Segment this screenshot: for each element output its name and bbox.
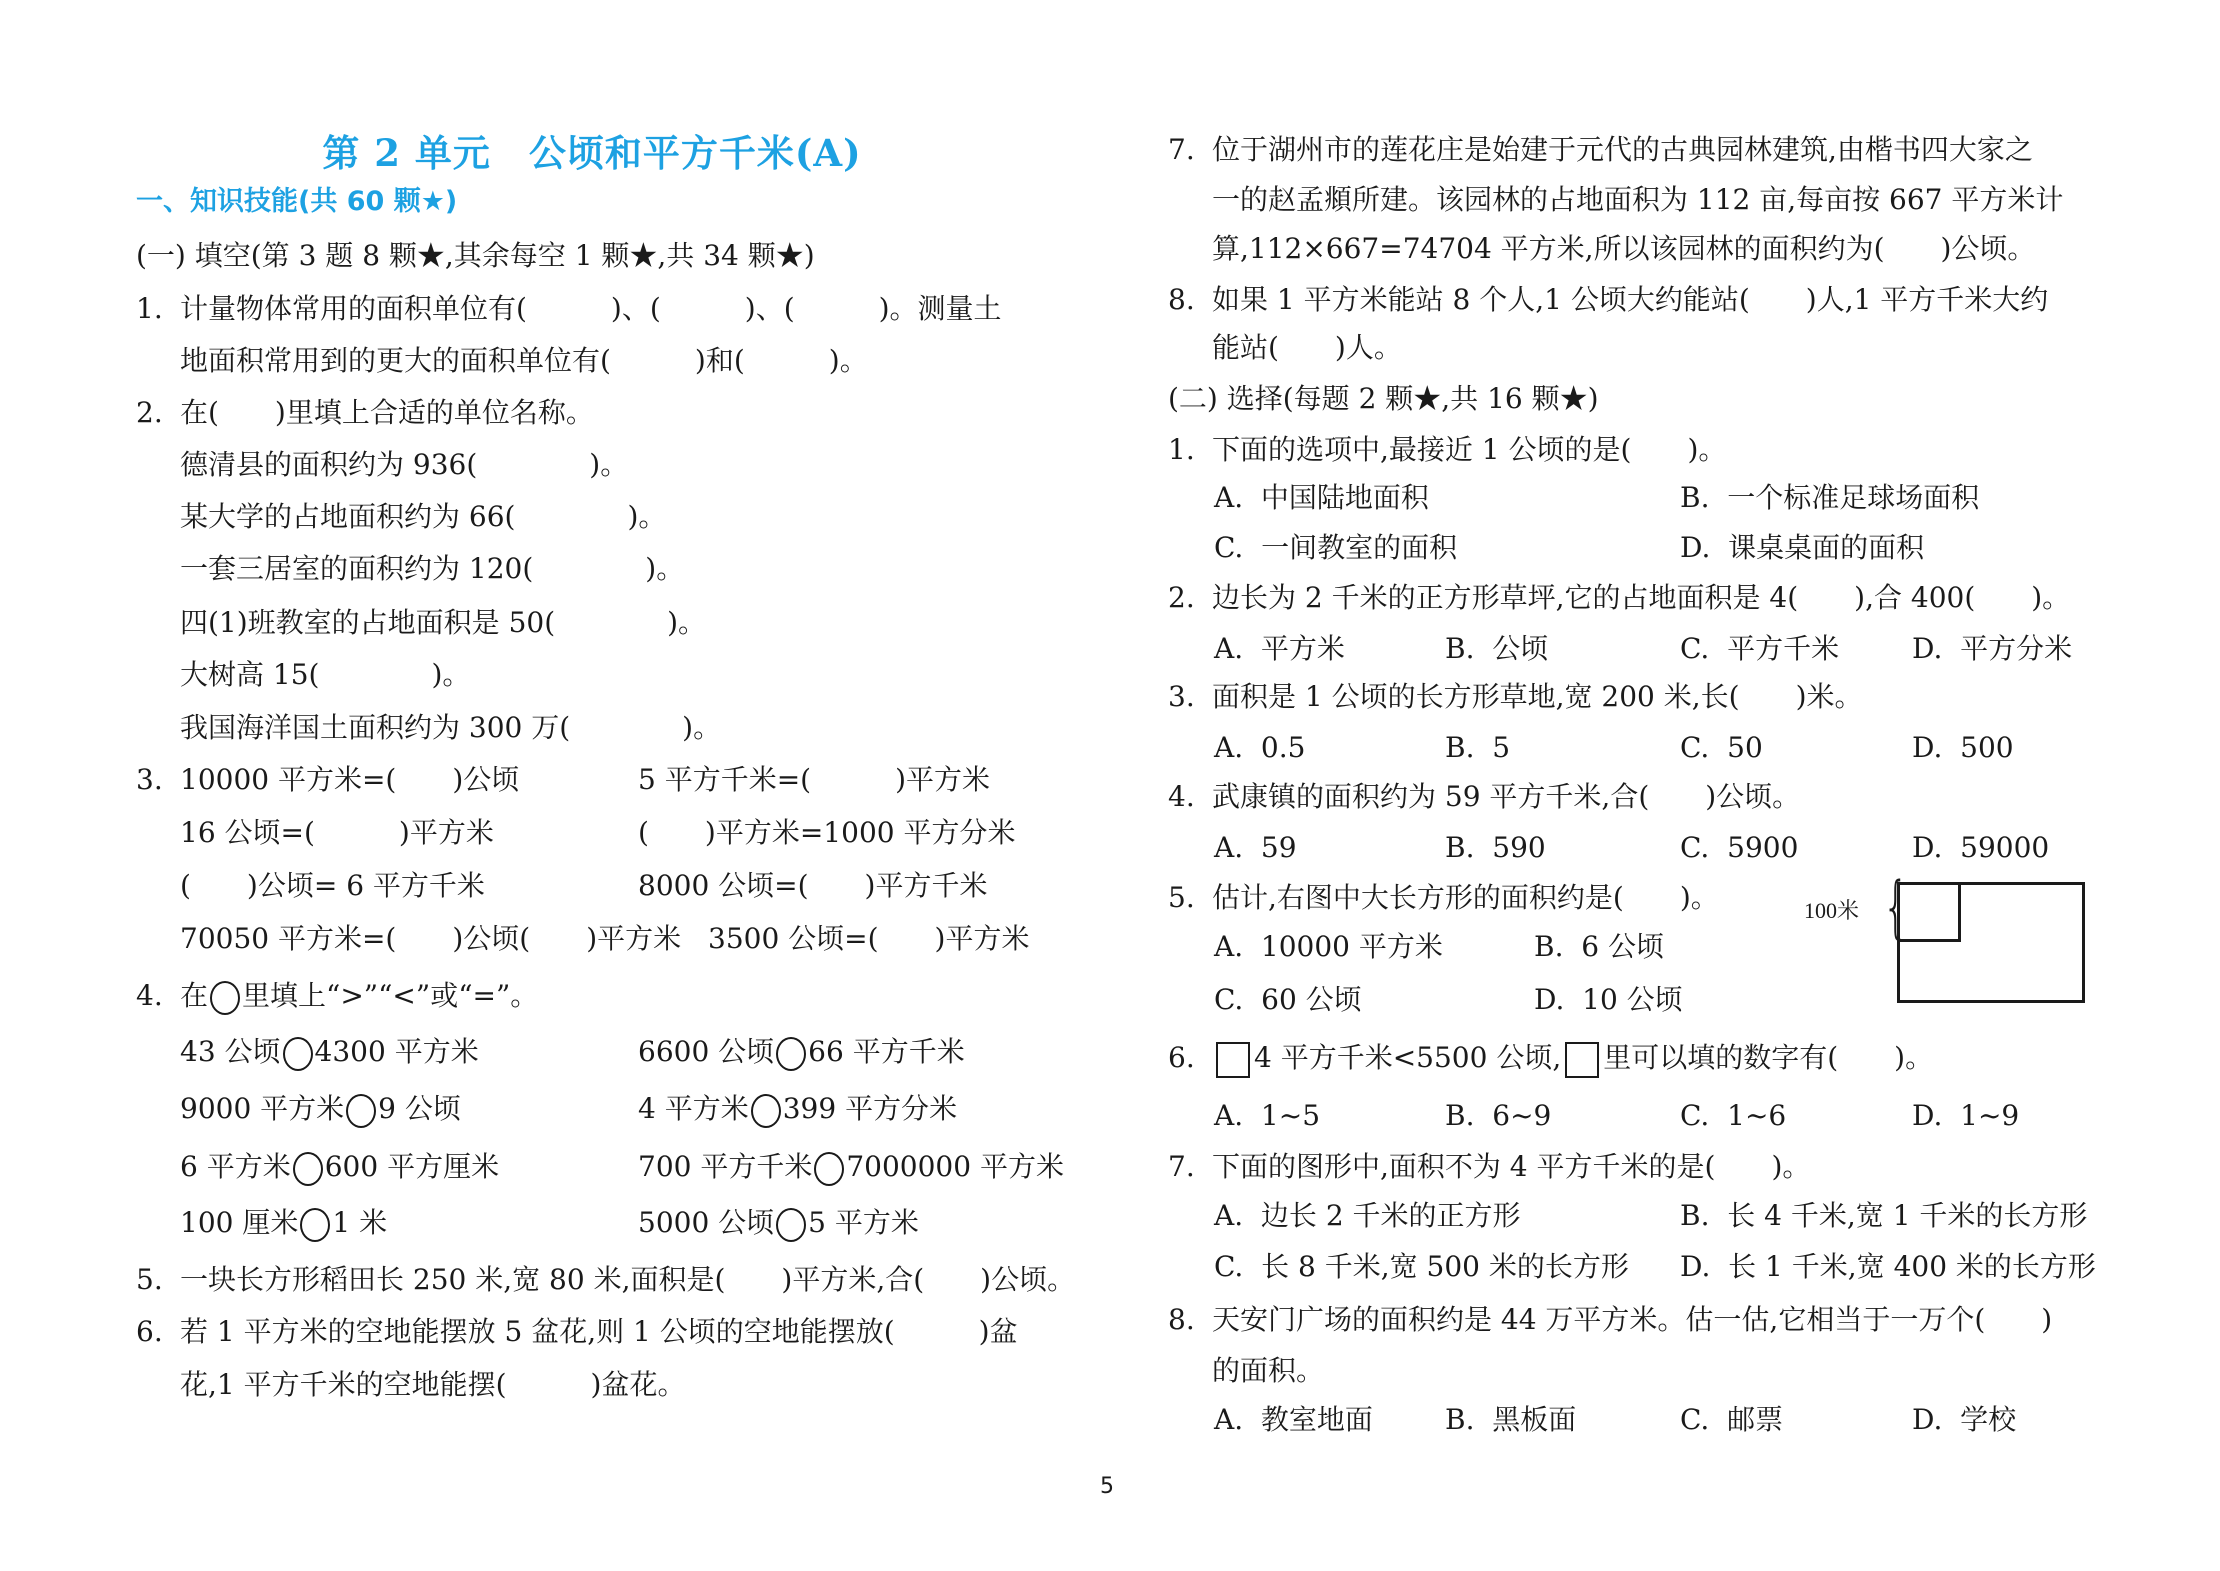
choice-question-8: 8.天安门广场的面积约是 44 万平方米。估一估,它相当于一万个( ) — [1168, 1302, 2052, 1338]
compare-right: 4300 平方米 — [315, 1035, 479, 1068]
question-number: 2. — [136, 395, 180, 431]
circle-blank-icon[interactable] — [283, 1037, 313, 1071]
question-1-cont: 地面积常用到的更大的面积单位有( )和( )。 — [180, 343, 868, 379]
question-8: 8.如果 1 平方米能站 8 个人,1 公顷大约能站( )人,1 平方千米大约 — [1168, 282, 2048, 318]
choice-question-7: 7.下面的图形中,面积不为 4 平方千米的是( )。 — [1168, 1149, 1810, 1185]
small-square — [1897, 882, 1961, 942]
question-number: 6. — [1168, 1040, 1212, 1076]
compare-right: 66 平方千米 — [808, 1035, 965, 1068]
question-number: 6. — [136, 1314, 180, 1350]
compare-right: 399 平方分米 — [783, 1092, 957, 1125]
option-b[interactable]: B. 6~9 — [1445, 1098, 1551, 1134]
compare-right: 9 公顷 — [378, 1092, 461, 1125]
fill-header: (一) 填空(第 3 题 8 颗★,其余每空 1 颗★,共 34 颗★) — [136, 238, 815, 274]
option-a[interactable]: A. 0.5 — [1214, 730, 1305, 766]
compare-left: 4 平方米 — [638, 1092, 749, 1125]
q3-cell: 16 公顷=( )平方米 — [180, 815, 494, 851]
question-number: 8. — [1168, 1302, 1212, 1338]
question-text: 里可以填的数字有( )。 — [1603, 1041, 1933, 1074]
option-a[interactable]: A. 10000 平方米 — [1214, 929, 1443, 965]
compare-right: 1 米 — [332, 1206, 387, 1239]
circle-blank-icon[interactable] — [293, 1152, 323, 1186]
question-text: 武康镇的面积约为 59 平方千米,合( )公顷。 — [1212, 780, 1800, 813]
option-b[interactable]: B. 590 — [1445, 830, 1546, 866]
option-a[interactable]: A. 1~5 — [1214, 1098, 1320, 1134]
question-text: 在( )里填上合适的单位名称。 — [180, 396, 594, 429]
compare-left: 43 公顷 — [180, 1035, 281, 1068]
option-c[interactable]: C. 长 8 千米,宽 500 米的长方形 — [1214, 1249, 1629, 1285]
compare-left: 6600 公顷 — [638, 1035, 774, 1068]
question-4: 4.在里填上“>”“<”或“=”。 — [136, 978, 538, 1015]
compare-right: 600 平方厘米 — [325, 1150, 499, 1183]
compare-item: 4 平方米399 平方分米 — [638, 1091, 957, 1128]
question-number: 1. — [1168, 432, 1212, 468]
option-b[interactable]: B. 黑板面 — [1445, 1402, 1576, 1438]
circle-blank-icon[interactable] — [814, 1152, 844, 1186]
option-c[interactable]: C. 60 公顷 — [1214, 982, 1362, 1018]
option-b[interactable]: B. 一个标准足球场面积 — [1680, 480, 1979, 516]
option-d[interactable]: D. 500 — [1912, 730, 2014, 766]
choice-question-6: 6.4 平方千米<5500 公顷,里可以填的数字有( )。 — [1168, 1040, 1933, 1078]
circle-blank-icon[interactable] — [751, 1094, 781, 1128]
option-b[interactable]: B. 长 4 千米,宽 1 千米的长方形 — [1680, 1198, 2087, 1234]
option-b[interactable]: B. 公顷 — [1445, 631, 1548, 667]
option-d[interactable]: D. 平方分米 — [1912, 631, 2072, 667]
option-d[interactable]: D. 10 公顷 — [1534, 982, 1683, 1018]
compare-left: 5000 公顷 — [638, 1206, 774, 1239]
q3-cell: 8000 公顷=( )平方千米 — [638, 868, 987, 904]
square-blank-icon[interactable] — [1216, 1042, 1250, 1078]
option-c[interactable]: C. 平方千米 — [1680, 631, 1839, 667]
compare-item: 9000 平方米9 公顷 — [180, 1091, 461, 1128]
option-a[interactable]: A. 59 — [1214, 830, 1297, 866]
compare-item: 6 平方米600 平方厘米 — [180, 1149, 499, 1186]
question-number: 7. — [1168, 1149, 1212, 1185]
q3-cell: ( )平方米=1000 平方分米 — [638, 815, 1015, 851]
q2-item: 四(1)班教室的占地面积是 50( )。 — [180, 605, 706, 641]
circle-blank-icon — [210, 981, 240, 1015]
compare-left: 9000 平方米 — [180, 1092, 344, 1125]
q2-item: 一套三居室的面积约为 120( )。 — [180, 551, 684, 587]
option-d[interactable]: D. 长 1 千米,宽 400 米的长方形 — [1680, 1249, 2096, 1285]
question-number: 3. — [1168, 679, 1212, 715]
question-text: 在 — [180, 979, 208, 1012]
choice-question-4: 4.武康镇的面积约为 59 平方千米,合( )公顷。 — [1168, 779, 1800, 815]
option-a[interactable]: A. 中国陆地面积 — [1214, 480, 1429, 516]
question-text: 位于湖州市的莲花庄是始建于元代的古典园林建筑,由楷书四大家之 — [1212, 133, 2033, 166]
compare-right: 7000000 平方米 — [846, 1150, 1064, 1183]
option-d[interactable]: D. 课桌桌面的面积 — [1680, 530, 1924, 566]
question-text: 计量物体常用的面积单位有( )、( )、( )。测量土 — [180, 292, 1002, 325]
compare-item: 700 平方千米7000000 平方米 — [638, 1149, 1064, 1186]
question-number: 2. — [1168, 580, 1212, 616]
q3-cell: 70050 平方米=( )公顷( )平方米 — [180, 921, 681, 957]
compare-left: 6 平方米 — [180, 1150, 291, 1183]
circle-blank-icon[interactable] — [776, 1037, 806, 1071]
q3-cell: 5 平方千米=( )平方米 — [638, 762, 990, 798]
question-number: 3. — [136, 762, 180, 798]
q2-item: 某大学的占地面积约为 66( )。 — [180, 499, 666, 535]
choice-question-1: 1.下面的选项中,最接近 1 公顷的是( )。 — [1168, 432, 1726, 468]
q2-item: 大树高 15( )。 — [180, 657, 470, 693]
option-c[interactable]: C. 一间教室的面积 — [1214, 530, 1457, 566]
page-title: 第 2 单元 公顷和平方千米(A) — [0, 129, 1184, 177]
option-a[interactable]: A. 边长 2 千米的正方形 — [1214, 1198, 1521, 1234]
option-c[interactable]: C. 5900 — [1680, 830, 1798, 866]
question-text: 天安门广场的面积约是 44 万平方米。估一估,它相当于一万个( ) — [1212, 1303, 2052, 1336]
compare-item: 43 公顷4300 平方米 — [180, 1034, 479, 1071]
question-8-cont: 的面积。 — [1212, 1353, 1324, 1389]
question-text: 一块长方形稻田长 250 米,宽 80 米,面积是( )平方米,合( )公顷。 — [180, 1263, 1075, 1296]
option-d[interactable]: D. 学校 — [1912, 1402, 2016, 1438]
question-6: 6.若 1 平方米的空地能摆放 5 盆花,则 1 公顷的空地能摆放( )盆 — [136, 1314, 1018, 1350]
option-b[interactable]: B. 5 — [1445, 730, 1510, 766]
choice-header: (二) 选择(每题 2 颗★,共 16 颗★) — [1168, 381, 1599, 417]
compare-left: 100 厘米 — [180, 1206, 298, 1239]
figure-label: 100米 — [1804, 894, 1859, 925]
circle-blank-icon[interactable] — [346, 1094, 376, 1128]
question-2: 2.在( )里填上合适的单位名称。 — [136, 395, 594, 431]
compare-left: 700 平方千米 — [638, 1150, 812, 1183]
choice-question-3: 3.面积是 1 公顷的长方形草地,宽 200 米,长( )米。 — [1168, 679, 1863, 715]
question-5: 5.一块长方形稻田长 250 米,宽 80 米,面积是( )平方米,合( )公顷… — [136, 1262, 1075, 1298]
question-text: 如果 1 平方米能站 8 个人,1 公顷大约能站( )人,1 平方千米大约 — [1212, 283, 2048, 316]
question-text: 面积是 1 公顷的长方形草地,宽 200 米,长( )米。 — [1212, 680, 1863, 713]
option-b[interactable]: B. 6 公顷 — [1534, 929, 1664, 965]
option-c[interactable]: C. 邮票 — [1680, 1402, 1783, 1438]
question-3: 3.10000 平方米=( )公顷 — [136, 762, 519, 798]
option-c[interactable]: C. 50 — [1680, 730, 1763, 766]
rectangle-figure: 100米 { — [1790, 872, 2110, 1012]
question-text: 边长为 2 千米的正方形草坪,它的占地面积是 4( ),合 400( )。 — [1212, 581, 2070, 614]
option-a[interactable]: A. 教室地面 — [1214, 1402, 1373, 1438]
question-7: 7.位于湖州市的莲花庄是始建于元代的古典园林建筑,由楷书四大家之 — [1168, 132, 2033, 168]
section-heading: 一、知识技能(共 60 颗★) — [136, 184, 457, 220]
question-1: 1.计量物体常用的面积单位有( )、( )、( )。测量土 — [136, 291, 1002, 327]
question-8-cont: 能站( )人。 — [1212, 330, 1402, 366]
compare-item: 6600 公顷66 平方千米 — [638, 1034, 965, 1071]
page-number: 5 — [1100, 1474, 1114, 1499]
question-7-cont: 算,112×667=74704 平方米,所以该园林的面积约为( )公顷。 — [1212, 231, 2035, 267]
q2-item: 德清县的面积约为 936( )。 — [180, 447, 628, 483]
question-number: 4. — [1168, 779, 1212, 815]
compare-right: 5 平方米 — [808, 1206, 919, 1239]
choice-question-2: 2.边长为 2 千米的正方形草坪,它的占地面积是 4( ),合 400( )。 — [1168, 580, 2070, 616]
question-number: 5. — [1168, 880, 1212, 916]
question-text: 下面的图形中,面积不为 4 平方千米的是( )。 — [1212, 1150, 1810, 1183]
choice-question-5: 5.估计,右图中大长方形的面积约是( )。 — [1168, 880, 1719, 916]
q3-cell: 10000 平方米=( )公顷 — [180, 763, 519, 796]
question-text: 里填上“>”“<”或“=”。 — [242, 979, 538, 1012]
option-a[interactable]: A. 平方米 — [1214, 631, 1345, 667]
question-number: 5. — [136, 1262, 180, 1298]
question-6-cont: 花,1 平方千米的空地能摆( )盆花。 — [180, 1367, 685, 1403]
q3-cell: 3500 公顷=( )平方米 — [708, 921, 1029, 957]
worksheet-page: 第 2 单元 公顷和平方千米(A) 一、知识技能(共 60 颗★) (一) 填空… — [0, 0, 2220, 1571]
question-text: 估计,右图中大长方形的面积约是( )。 — [1212, 881, 1719, 914]
question-number: 7. — [1168, 132, 1212, 168]
option-d[interactable]: D. 1~9 — [1912, 1098, 2019, 1134]
question-number: 1. — [136, 291, 180, 327]
question-number: 8. — [1168, 282, 1212, 318]
question-number: 4. — [136, 978, 180, 1014]
q2-item: 我国海洋国土面积约为 300 万( )。 — [180, 710, 721, 746]
question-text: 若 1 平方米的空地能摆放 5 盆花,则 1 公顷的空地能摆放( )盆 — [180, 1315, 1018, 1348]
circle-blank-icon[interactable] — [776, 1208, 806, 1242]
compare-item: 100 厘米1 米 — [180, 1205, 387, 1242]
option-d[interactable]: D. 59000 — [1912, 830, 2049, 866]
circle-blank-icon[interactable] — [300, 1208, 330, 1242]
question-text: 4 平方千米<5500 公顷, — [1254, 1041, 1561, 1074]
compare-item: 5000 公顷5 平方米 — [638, 1205, 919, 1242]
option-c[interactable]: C. 1~6 — [1680, 1098, 1786, 1134]
question-7-cont: 一的赵孟頫所建。该园林的占地面积为 112 亩,每亩按 667 平方米计 — [1212, 182, 2063, 218]
question-text: 下面的选项中,最接近 1 公顷的是( )。 — [1212, 433, 1726, 466]
q3-cell: ( )公顷= 6 平方千米 — [180, 868, 485, 904]
square-blank-icon — [1565, 1042, 1599, 1078]
